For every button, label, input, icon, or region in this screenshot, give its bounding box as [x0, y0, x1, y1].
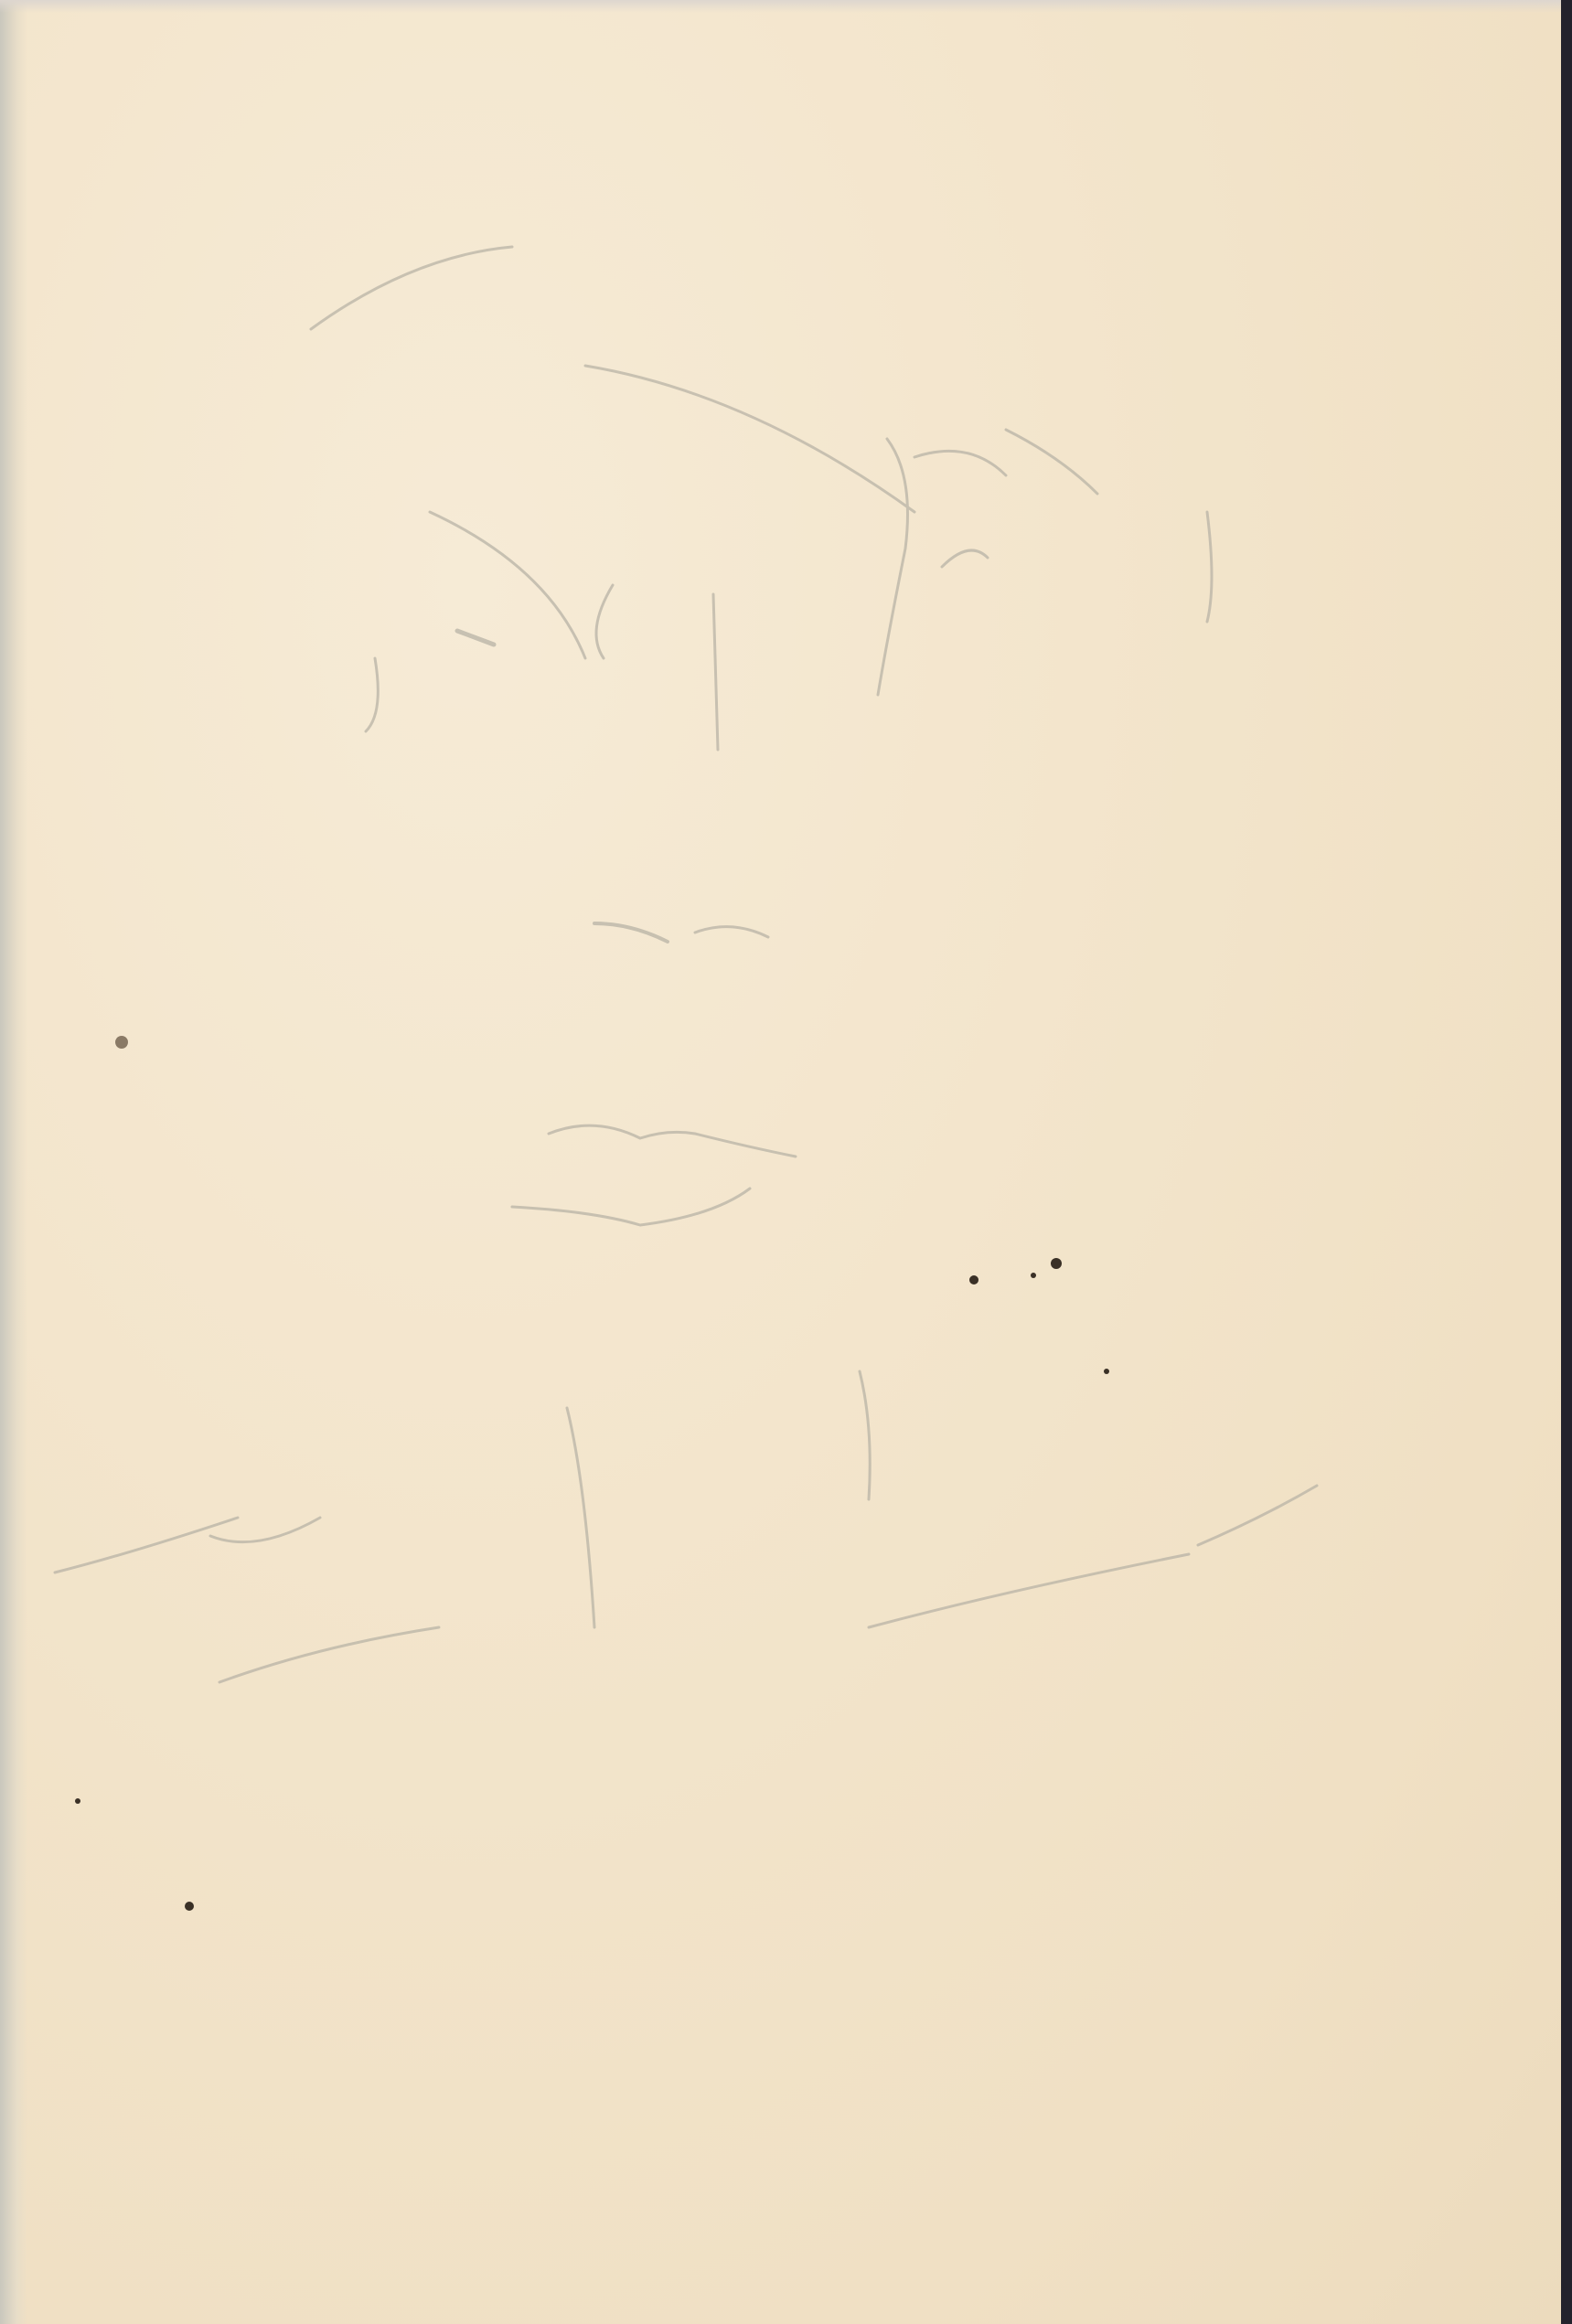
shoulder-stroke: [1198, 1486, 1317, 1545]
nose-stroke: [594, 923, 668, 942]
neck-stroke: [567, 1408, 594, 1627]
hair-stroke: [585, 366, 914, 512]
hair-curl: [1006, 430, 1097, 494]
upper-lip: [549, 1125, 796, 1157]
hair-curl: [878, 439, 908, 695]
shoulder-stroke: [219, 1627, 439, 1682]
hair-stroke: [311, 247, 512, 329]
hair-stroke: [1207, 512, 1212, 622]
nose-stroke: [695, 927, 768, 937]
hair-stroke: [457, 631, 494, 645]
shoulder-stroke: [869, 1554, 1189, 1627]
paper-specks: [75, 1036, 1109, 1911]
shoulder-stroke: [55, 1518, 238, 1572]
pencil-sketch: [0, 0, 1561, 2324]
hair-curl: [942, 550, 988, 567]
hair-stroke: [596, 585, 613, 658]
dark-background-strip: [1561, 0, 1572, 2324]
hair-stroke: [430, 512, 585, 658]
hair-stroke: [366, 658, 378, 731]
chin-stroke: [860, 1371, 870, 1499]
hair-curl: [914, 451, 1006, 475]
lower-lip: [512, 1189, 750, 1225]
hair-stroke: [713, 594, 718, 750]
